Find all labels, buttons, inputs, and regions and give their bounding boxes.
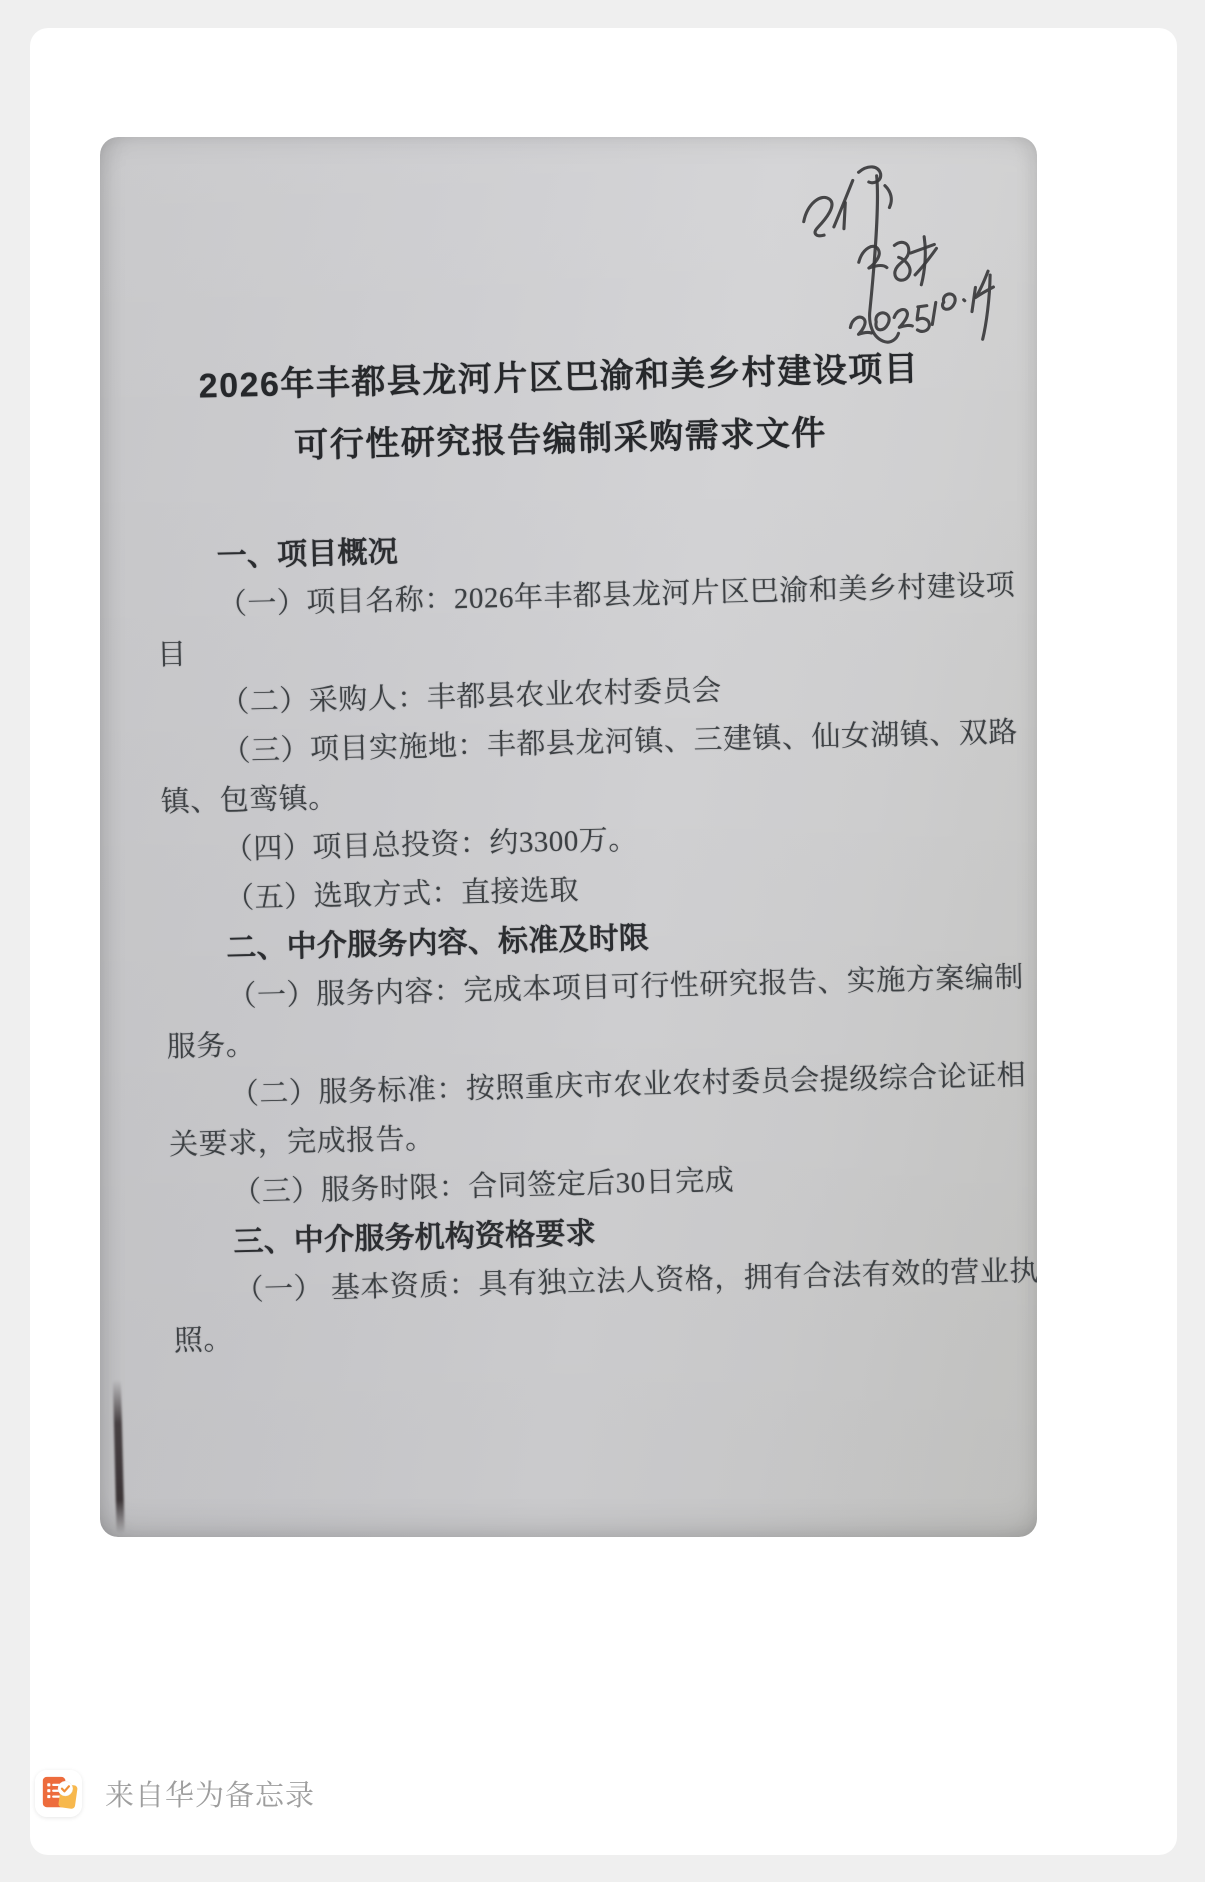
handwritten-signature-and-date [780,139,1006,374]
memo-share-page: 2026年丰都县龙河片区巴渝和美乡村建设项目 可行性研究报告编制采购需求文件 一… [0,0,1205,1882]
memo-card: 2026年丰都县龙河片区巴渝和美乡村建设项目 可行性研究报告编制采购需求文件 一… [30,28,1177,1855]
document-photo[interactable]: 2026年丰都县龙河片区巴渝和美乡村建设项目 可行性研究报告编制采购需求文件 一… [100,137,1037,1537]
huawei-notes-icon [35,1770,82,1817]
paper-edge-shadow [113,1380,125,1534]
document-body: 一、项目概况 （一）项目名称：2026年丰都县龙河片区巴渝和美乡村建设项 目 （… [154,514,974,1366]
source-label: 来自华为备忘录 [105,1773,315,1814]
source-attribution: 来自华为备忘录 [35,1769,315,1817]
paper-document: 2026年丰都县龙河片区巴渝和美乡村建设项目 可行性研究报告编制采购需求文件 一… [100,137,1037,1537]
